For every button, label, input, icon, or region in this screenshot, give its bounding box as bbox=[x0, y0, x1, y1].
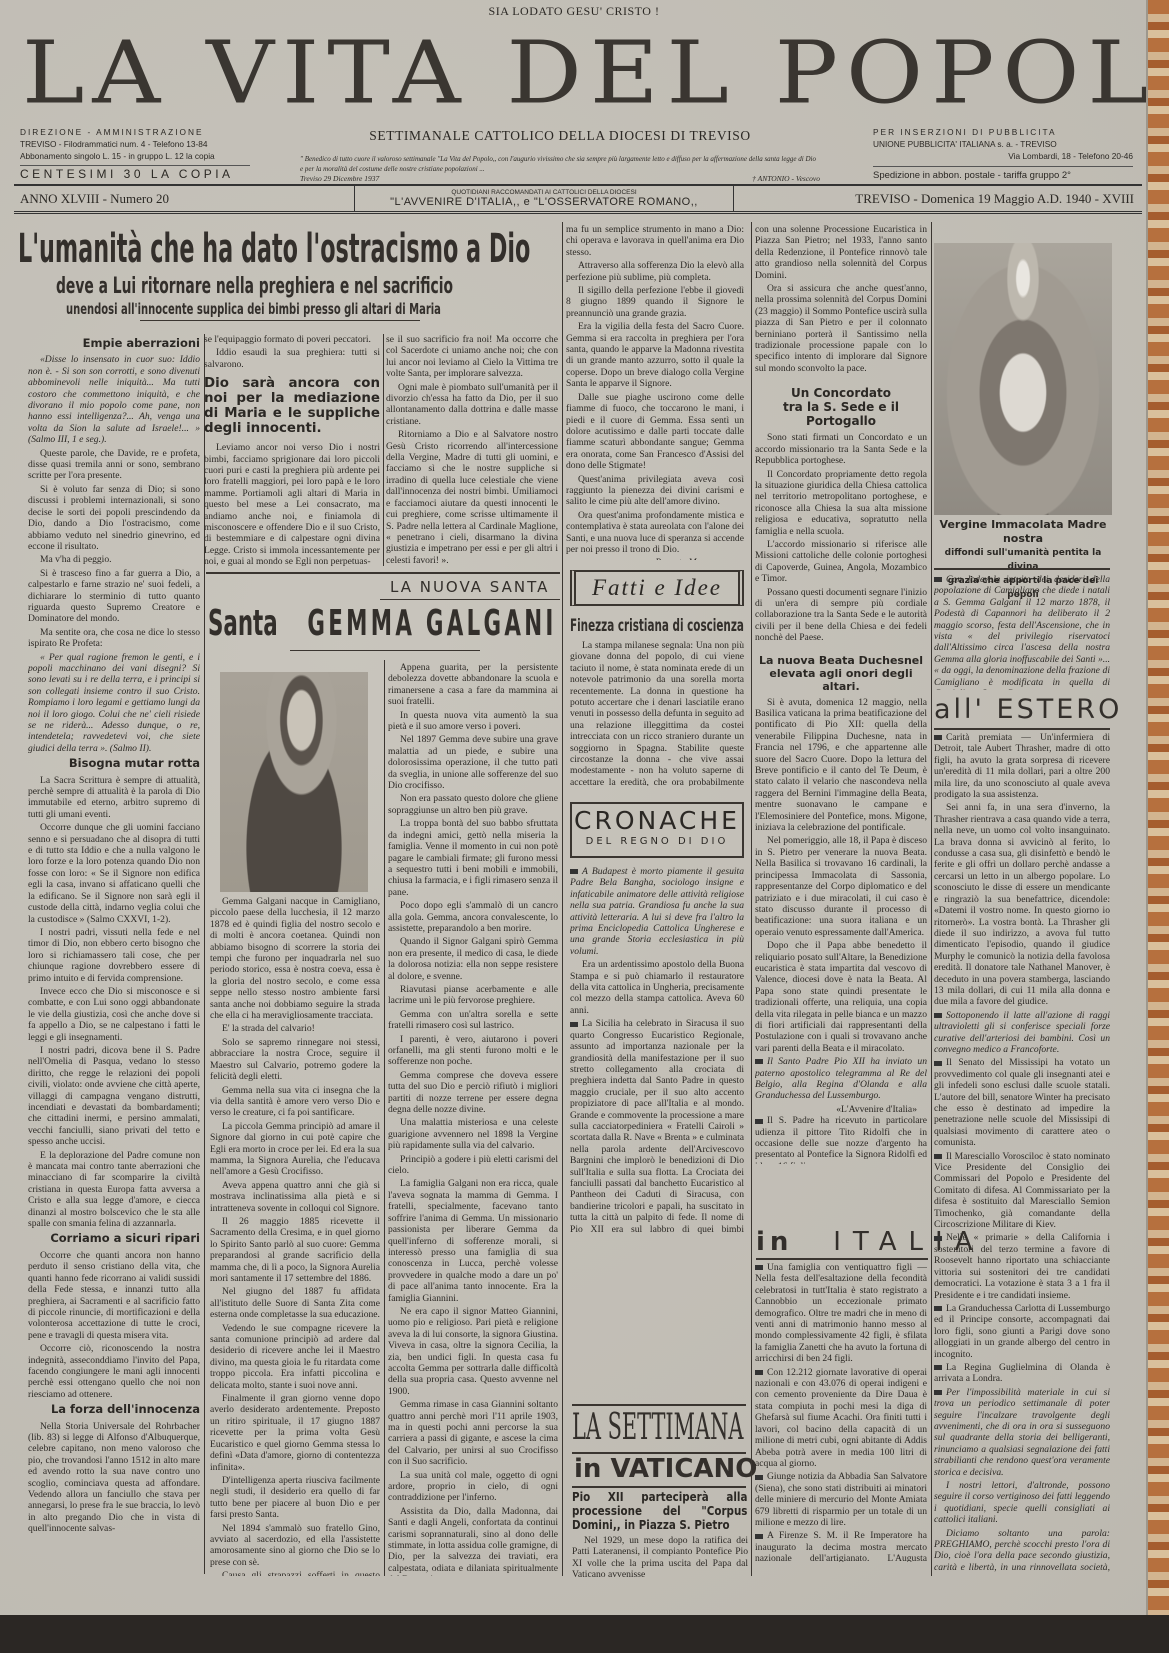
admin-label: DIREZIONE - AMMINISTRAZIONE bbox=[20, 126, 250, 138]
paragraph: Sei anni fa, in una sera d'inverno, la T… bbox=[934, 802, 1110, 1007]
subhead-corriamo-a-sicuri-ripari: Corriamo a sicuri ripari bbox=[28, 1233, 200, 1244]
bullet-icon bbox=[934, 1061, 942, 1066]
signature-ruperto-monaco: Ruperto Monaco bbox=[570, 557, 720, 560]
fatti-e-idee-title: Fatti e Idee bbox=[576, 572, 738, 604]
motto: SIA LODATO GESU' CRISTO ! bbox=[0, 4, 1148, 19]
gemma-galgani-portrait bbox=[220, 672, 368, 892]
bullet-icon bbox=[755, 1265, 763, 1270]
blessing-signature: † ANTONIO - Vescovo bbox=[752, 174, 820, 183]
paragraph: Ritorniamo a Dio e al Salvatore nostro G… bbox=[386, 429, 558, 566]
paragraph: E la deplorazione del Padre comune non è… bbox=[28, 1150, 200, 1230]
settimana-headline: Pio XII parteciperà alla processione del… bbox=[572, 1490, 747, 1532]
news-item: Con 12.212 giornate lavorative di operai… bbox=[755, 1367, 927, 1470]
news-text: Il Santo Padre Pio XII ha inviato un pat… bbox=[755, 1056, 927, 1101]
lead-deck-2-text: unendosi all'innocente supplica dei bimb… bbox=[66, 300, 441, 318]
header-center-block: SETTIMANALE CATTOLICO DELLA DIOCESI DI T… bbox=[290, 128, 830, 183]
admin-address: TREVISO - Filodrammatici num. 4 - Telefo… bbox=[20, 138, 250, 150]
news-text: Nelle « primarie » della California i so… bbox=[934, 1232, 1110, 1300]
paragraph: La Sacra Scrittura è sempre di attualità… bbox=[28, 775, 200, 821]
estero-column: Carità premiata — Un'infermiera di Detro… bbox=[934, 732, 1110, 1572]
paragraph: «Disse lo insensato in cuor suo: Iddio n… bbox=[28, 354, 200, 445]
paragraph: D'intelligenza aperta riusciva facilment… bbox=[210, 1475, 380, 1521]
paragraph: Si è avuta, domenica 12 maggio, nella Ba… bbox=[755, 697, 927, 834]
paragraph: se il suo sacrificio fra noi! Ma occorre… bbox=[386, 334, 558, 380]
news-text: Sottoponendo il latte all'azione di ragg… bbox=[934, 1010, 1110, 1055]
paragraph: Leviamo ancor noi verso Dio i nostri bim… bbox=[204, 442, 380, 566]
paragraph: Diciamo soltanto una parola: PREGHIAMO, … bbox=[934, 1528, 1110, 1572]
bullet-icon bbox=[755, 1119, 763, 1124]
news-text: Una famiglia con ventiquattro figli — Ne… bbox=[755, 1262, 927, 1364]
paragraph: Gemma Galgani nacque in Camigliano, picc… bbox=[210, 896, 380, 1021]
cover-price: CENTESIMI 30 LA COPIA bbox=[20, 165, 250, 180]
news-item: Il Maresciallo Vorosciloc è stato nomina… bbox=[934, 1151, 1110, 1231]
concordat-headline-1: Un Concordato bbox=[755, 386, 927, 400]
paragraph: Non era passato questo dolore che gliene… bbox=[388, 793, 558, 816]
paragraph: Nella Storia Universale del Rohrbacher (… bbox=[28, 1421, 200, 1534]
lead-column-1: Empie aberrazioni «Disse lo insensato in… bbox=[28, 334, 200, 1534]
deck-underline bbox=[140, 320, 420, 321]
vaticano-title-text: in VATICANO bbox=[574, 1454, 757, 1484]
bullet-icon bbox=[934, 1236, 942, 1241]
paragraph: Occorre dunque che gli uomini facciano s… bbox=[28, 822, 200, 925]
paragraph: Nel 1929, un mese dopo la ratifica dei P… bbox=[572, 1535, 748, 1580]
section-rule bbox=[934, 568, 1110, 570]
paragraph: La troppa bontà del suo babbo sfruttata … bbox=[388, 818, 558, 898]
subhead-bisogna-mutar-rotta: Bisogna mutar rotta bbox=[28, 758, 200, 769]
issue-number: ANNO XLVIII - Numero 20 bbox=[14, 191, 354, 207]
recommended-papers: QUOTIDIANI RACCOMANDATI AI CATTOLICI DEL… bbox=[354, 186, 734, 211]
immacolata-image bbox=[934, 243, 1112, 515]
paragraph: I nostri padri, dicova bene il S. Padre … bbox=[28, 1045, 200, 1148]
headline-santa: Santa bbox=[208, 603, 278, 644]
header-left-block: DIREZIONE - AMMINISTRAZIONE TREVISO - Fi… bbox=[20, 126, 250, 180]
paragraph: Nel pomeriggio, alle 18, il Papa è disce… bbox=[755, 835, 927, 938]
recommended-label: QUOTIDIANI RACCOMANDATI AI CATTOLICI DEL… bbox=[355, 189, 733, 196]
bullet-icon bbox=[934, 1306, 942, 1311]
paragraph: Si è voluto far senza di Dio; si sono di… bbox=[28, 484, 200, 552]
bullet-icon bbox=[934, 1013, 942, 1018]
subscription-prices: Abbonamento singolo L. 15 - in gruppo L.… bbox=[20, 150, 250, 162]
column-rule bbox=[384, 660, 385, 1576]
paragraph: I parenti, è vero, aiutarono i poveri or… bbox=[388, 1034, 558, 1068]
bullet-icon bbox=[934, 1390, 942, 1395]
news-text: La Granduchessa Carlotta di Lussemburgo … bbox=[934, 1303, 1110, 1360]
bullet-icon bbox=[934, 1365, 942, 1370]
concordat-headline-2: tra la S. Sede e il Portogallo bbox=[755, 400, 927, 428]
subhead-empie-aberrazioni: Empie aberrazioni bbox=[28, 338, 200, 349]
paragraph: La piccola Gemma principiò ad amare il S… bbox=[210, 1121, 380, 1178]
paragraph: Occorre ciò, riconoscendo la nostra inde… bbox=[28, 1343, 200, 1400]
section-rule bbox=[572, 1486, 746, 1488]
subtitle: SETTIMANALE CATTOLICO DELLA DIOCESI DI T… bbox=[290, 128, 830, 144]
news-item: Una famiglia con ventiquattro figli — Ne… bbox=[755, 1262, 927, 1365]
paragraph: Gemma con un'altra sorella e sette frate… bbox=[388, 1009, 558, 1032]
recommended-titles: "L'AVVENIRE D'ITALIA,, e "L'OSSERVATORE … bbox=[355, 196, 733, 208]
section-rule bbox=[934, 728, 1110, 730]
news-text: Con lodevole intuito dei desideri della … bbox=[934, 574, 1110, 690]
paragraph: Il Concordato propriamente detto regola … bbox=[755, 469, 927, 537]
beata-headline-1: La nuova Beata Duchesnel bbox=[755, 654, 927, 667]
section-rule bbox=[206, 572, 560, 574]
gemma-continued-column: ma fu un semplice strumento in mano a Di… bbox=[566, 224, 744, 560]
news-item: La Regina Guglielmina di Olanda è arriva… bbox=[934, 1362, 1110, 1385]
news-text: A Firenze S. M. il Re Imperatore ha inau… bbox=[755, 1530, 927, 1562]
masthead-title: LA VITA DEL POPOLO bbox=[22, 30, 1102, 118]
paragraph: Dopo che il Papa abbe benedetto il reliq… bbox=[755, 940, 927, 1054]
kicker-rule bbox=[380, 599, 560, 600]
bullet-icon bbox=[755, 1370, 763, 1375]
paragraph: ma fu un semplice strumento in mano a Di… bbox=[566, 224, 744, 258]
paragraph: se l'equipaggio formato di poveri peccat… bbox=[204, 334, 380, 345]
concordat-headline: Un Concordato tra la S. Sede e il Portog… bbox=[755, 386, 927, 428]
cronache-subtitle: DEL REGNO DI DIO bbox=[572, 836, 742, 847]
cronache-box: CRONACHE DEL REGNO DI DIO bbox=[570, 802, 744, 858]
column-rule bbox=[751, 222, 752, 1576]
blessing-date: Treviso 29 Dicembre 1937 bbox=[300, 174, 379, 183]
fatti-e-idee-box: Fatti e Idee bbox=[570, 570, 744, 606]
paragraph: Una malattia misteriosa e una celeste gu… bbox=[388, 1117, 558, 1151]
paragraph: Appena guarita, per la persistente debol… bbox=[388, 662, 558, 708]
paragraph: Principiò a godere i più eletti carismi … bbox=[388, 1154, 558, 1177]
cronache-column: A Budapest è morto piamente il gesuita P… bbox=[570, 866, 744, 1234]
bullet-icon bbox=[570, 1022, 578, 1027]
bullet-icon bbox=[934, 1154, 942, 1159]
paragraph: Quest'anima privilegiata aveva così ragg… bbox=[566, 474, 744, 508]
news-item: Il Senato del Mississipi ha votato un pr… bbox=[934, 1057, 1110, 1148]
paragraph: Nel 1894 s'ammalò suo fratello Gino, avv… bbox=[210, 1523, 380, 1569]
paragraph: E' la strada del calvario! bbox=[210, 1023, 380, 1034]
news-item: Nelle « primarie » della California i so… bbox=[934, 1232, 1110, 1300]
news-text: Il S. Padre ha ricevuto in particolare u… bbox=[755, 1115, 927, 1164]
bullet-icon bbox=[755, 1534, 763, 1539]
lead-deck-1: deve a Lui ritornare nella preghiera e n… bbox=[56, 274, 623, 300]
paragraph: Attraverso alla sofferenza Dio la elevò … bbox=[566, 260, 744, 283]
header-right-block: PER INSERZIONI DI PUBBLICITA UNIONE PUBB… bbox=[873, 126, 1133, 182]
paragraph: Possano questi documenti segnare l'inizi… bbox=[755, 587, 927, 644]
gemma-column-1: Gemma Galgani nacque in Camigliano, picc… bbox=[210, 896, 380, 1576]
news-item: A Firenze S. M. il Re Imperatore ha inau… bbox=[755, 1530, 927, 1562]
paragraph: Gemma nella sua vita ci insegna che la v… bbox=[210, 1085, 380, 1119]
gemma-column-2: Appena guarita, per la persistente debol… bbox=[388, 662, 558, 1576]
paragraph: Assistita da Dio, dalla Madonna, dai San… bbox=[388, 1506, 558, 1576]
paragraph: Sono stati firmati un Concordato e un ac… bbox=[755, 432, 927, 466]
news-item: Carità premiata — Un'infermiera di Detro… bbox=[934, 732, 1110, 800]
news-text: Il Maresciallo Vorosciloc è stato nomina… bbox=[934, 1151, 1110, 1230]
paragraph: La sua unità col male, oggetto di ogni a… bbox=[388, 1470, 558, 1504]
gemma-kicker: LA NUOVA SANTA bbox=[390, 578, 549, 596]
fatti-headline-text: Finezza cristiana di coscienza bbox=[570, 616, 744, 636]
paragraph: I nostri lettori, d'altronde, possono se… bbox=[934, 1480, 1110, 1526]
news-item: Giunge notizia da Abbadia San Salvatore … bbox=[755, 1471, 927, 1528]
news-item: Il S. Padre ha ricevuto in particolare u… bbox=[755, 1115, 927, 1164]
ads-address: Via Lombardi, 18 - Telefono 20-46 bbox=[873, 150, 1133, 162]
lead-headline-text: L'umanità che ha dato l'ostracismo a Dio bbox=[18, 226, 530, 272]
news-text: Carità premiata — Un'infermiera di Detro… bbox=[934, 732, 1110, 800]
paragraph: Ma sentite ora, che cosa ne dice lo stes… bbox=[28, 627, 200, 650]
paragraph: Invece ecco che Dio si misconosce e si c… bbox=[28, 986, 200, 1043]
paragraph: Riavutasi pianse acerbamente e alle lacr… bbox=[388, 984, 558, 1007]
headline-underline bbox=[290, 650, 480, 651]
bullet-icon bbox=[570, 869, 578, 874]
news-item: A Budapest è morto piamente il gesuita P… bbox=[570, 866, 744, 957]
news-text: La Regina Guglielmina di Olanda è arriva… bbox=[934, 1362, 1110, 1384]
ads-label: PER INSERZIONI DI PUBBLICITA bbox=[873, 126, 1133, 138]
ads-agency: UNIONE PUBBLICITA' ITALIANA s. a. - TREV… bbox=[873, 138, 1133, 150]
bullet-icon bbox=[755, 1475, 763, 1480]
column-rule bbox=[562, 222, 563, 1576]
italia-title-in: in bbox=[756, 1227, 793, 1257]
paragraph: La stampa milanese segnala: Una non più … bbox=[570, 640, 744, 786]
bullet-icon bbox=[934, 735, 942, 740]
paragraph: Si è trasceso fino a far guerra a Dio, a… bbox=[28, 568, 200, 625]
news-text: Per l'impossibilità materiale in cui si … bbox=[934, 1387, 1110, 1478]
shipping-info: Spedizione in abbon. postale - tariffa g… bbox=[873, 166, 1133, 182]
paragraph: Causa gli strapazzi sofferti in questo p… bbox=[210, 1570, 380, 1576]
issue-date: TREVISO - Domenica 19 Maggio A.D. 1940 -… bbox=[734, 191, 1142, 207]
news-source: «L'Avvenire d'Italia» bbox=[755, 1104, 917, 1115]
estero-title: all' ESTERO bbox=[934, 694, 1122, 726]
paragraph: Nel giugno del 1887 fu affidata all'isti… bbox=[210, 1286, 380, 1320]
paragraph: Aveva appena quattro anni che già si mos… bbox=[210, 1180, 380, 1214]
paragraph: Solo se sapremo rinnegare noi stessi, ab… bbox=[210, 1037, 380, 1083]
paragraph: Ma v'ha di peggio. bbox=[28, 554, 200, 565]
subhead-dio-sara-ancora: Dio sarà ancora con noi per la mediazion… bbox=[204, 376, 380, 436]
paragraph: In questa nuova vita aumentò la sua piet… bbox=[388, 710, 558, 733]
news-text: La Sicilia ha celebrato in Siracusa il s… bbox=[570, 1018, 744, 1234]
bishop-blessing: " Benedico di tutto cuore il valoroso se… bbox=[290, 154, 830, 174]
vaticano-title: in VATICANO bbox=[574, 1454, 757, 1484]
paragraph: La famiglia Galgani non era ricca, quale… bbox=[388, 1178, 558, 1303]
paragraph: Nel 1897 Gemma deve subire una grave mal… bbox=[388, 734, 558, 791]
bullet-icon bbox=[934, 577, 942, 582]
news-item: Per l'impossibilità materiale in cui si … bbox=[934, 1387, 1110, 1478]
section-rule bbox=[572, 1404, 746, 1406]
paragraph: con una solenne Processione Eucaristica … bbox=[755, 224, 927, 281]
news-item: La Granduchessa Carlotta di Lussemburgo … bbox=[934, 1303, 1110, 1360]
paragraph: Ne era capo il signor Matteo Giannini, u… bbox=[388, 1306, 558, 1397]
section-rule bbox=[756, 1258, 928, 1260]
paragraph: Queste parole, che Davide, re e profeta,… bbox=[28, 448, 200, 482]
paragraph: I nostri padri, vissuti nella fede e nel… bbox=[28, 927, 200, 984]
paragraph: Ora quest'anima profondamente mistica e … bbox=[566, 510, 744, 556]
paragraph: Finalmente il gran giorno venne dopo ave… bbox=[210, 1393, 380, 1473]
lead-column-2: se l'equipaggio formato di poveri peccat… bbox=[204, 334, 380, 566]
beata-headline-2: elevata agli onori degli altari. bbox=[755, 667, 927, 693]
paragraph: « Per qual ragione fremon le genti, e i … bbox=[28, 652, 200, 755]
lead-deck-1-text: deve a Lui ritornare nella preghiera e n… bbox=[56, 274, 453, 300]
paragraph: Iddio esaudì la sua preghiera: tutti si … bbox=[204, 347, 380, 370]
news-text: A Budapest è morto piamente il gesuita P… bbox=[570, 866, 744, 957]
column-rule bbox=[383, 334, 384, 566]
paragraph: L'accordo missionario si riferisce alle … bbox=[755, 539, 927, 585]
paragraph: Era un ardentissimo apostolo della Buona… bbox=[570, 959, 744, 1016]
paragraph: Ora si assicura che anche quest'anno, ne… bbox=[755, 283, 927, 374]
settimana-column: Pio XII parteciperà alla processione del… bbox=[572, 1490, 748, 1580]
news-text: Giunge notizia da Abbadia San Salvatore … bbox=[755, 1471, 927, 1528]
column-rule bbox=[931, 222, 932, 1576]
settimana-title-text: LA SETTIMANA bbox=[572, 1408, 743, 1448]
binding-edge bbox=[1148, 0, 1169, 1653]
headline-gemma-galgani: GEMMA GALGANI bbox=[307, 603, 556, 644]
vatican-news-column: con una solenne Processione Eucaristica … bbox=[755, 224, 927, 1164]
news-item: La Sicilia ha celebrato in Siracusa il s… bbox=[570, 1018, 744, 1234]
fatti-column: La stampa milanese segnala: Una non più … bbox=[570, 640, 744, 786]
news-text: Con 12.212 giornate lavorative di operai… bbox=[755, 1367, 927, 1469]
news-item: Sottoponendo il latte all'azione di ragg… bbox=[934, 1010, 1110, 1056]
paragraph: Gemma comprese che doveva essere tutta d… bbox=[388, 1070, 558, 1116]
news-item: Con lodevole intuito dei desideri della … bbox=[934, 574, 1110, 690]
camigliano-column: Con lodevole intuito dei desideri della … bbox=[934, 574, 1110, 690]
paragraph: Il sigillo della perfezione l'ebbe il gi… bbox=[566, 285, 744, 319]
cronache-title: CRONACHE bbox=[572, 806, 742, 836]
news-item: Il Santo Padre Pio XII ha inviato un pat… bbox=[755, 1056, 927, 1102]
subhead-la-forza-dell-innocenza: La forza dell'innocenza bbox=[28, 1404, 200, 1415]
beata-headline: La nuova Beata Duchesnel elevata agli on… bbox=[755, 654, 927, 693]
paragraph: Ogni male è piombato sull'umanità per il… bbox=[386, 382, 558, 428]
paragraph: Occorre che quanti ancora non hanno perd… bbox=[28, 1250, 200, 1341]
dateline-bar: ANNO XLVIII - Numero 20 QUOTIDIANI RACCO… bbox=[14, 184, 1142, 214]
paragraph: Vedendo le sue compagne ricevere la sant… bbox=[210, 1323, 380, 1391]
paragraph: Il 26 maggio 1885 ricevette il Sacrament… bbox=[210, 1216, 380, 1284]
newspaper-page: SIA LODATO GESU' CRISTO ! LA VITA DEL PO… bbox=[0, 0, 1148, 1615]
bullet-icon bbox=[755, 1059, 763, 1064]
paragraph: Era la vigilia della festa del Sacro Cuo… bbox=[566, 321, 744, 389]
paragraph: Dalle sue piaghe uscirono come delle fia… bbox=[566, 392, 744, 472]
news-text: Il Senato del Mississipi ha votato un pr… bbox=[934, 1057, 1110, 1148]
paragraph: Quando il Signor Galgani spirò Gemma non… bbox=[388, 936, 558, 982]
italia-column: Una famiglia con ventiquattro figli — Ne… bbox=[755, 1262, 927, 1562]
caption-line-1: Vergine Immacolata Madre nostra bbox=[932, 518, 1114, 546]
lead-deck-2: unendosi all'innocente supplica dei bimb… bbox=[66, 300, 573, 318]
scan-background bbox=[0, 1615, 1169, 1653]
paragraph: Poco dopo egli s'ammalò di un cancro all… bbox=[388, 900, 558, 934]
lead-column-3: se il suo sacrificio fra noi! Ma occorre… bbox=[386, 334, 558, 566]
paragraph: Gemma rimase in casa Giannini soltanto q… bbox=[388, 1399, 558, 1467]
